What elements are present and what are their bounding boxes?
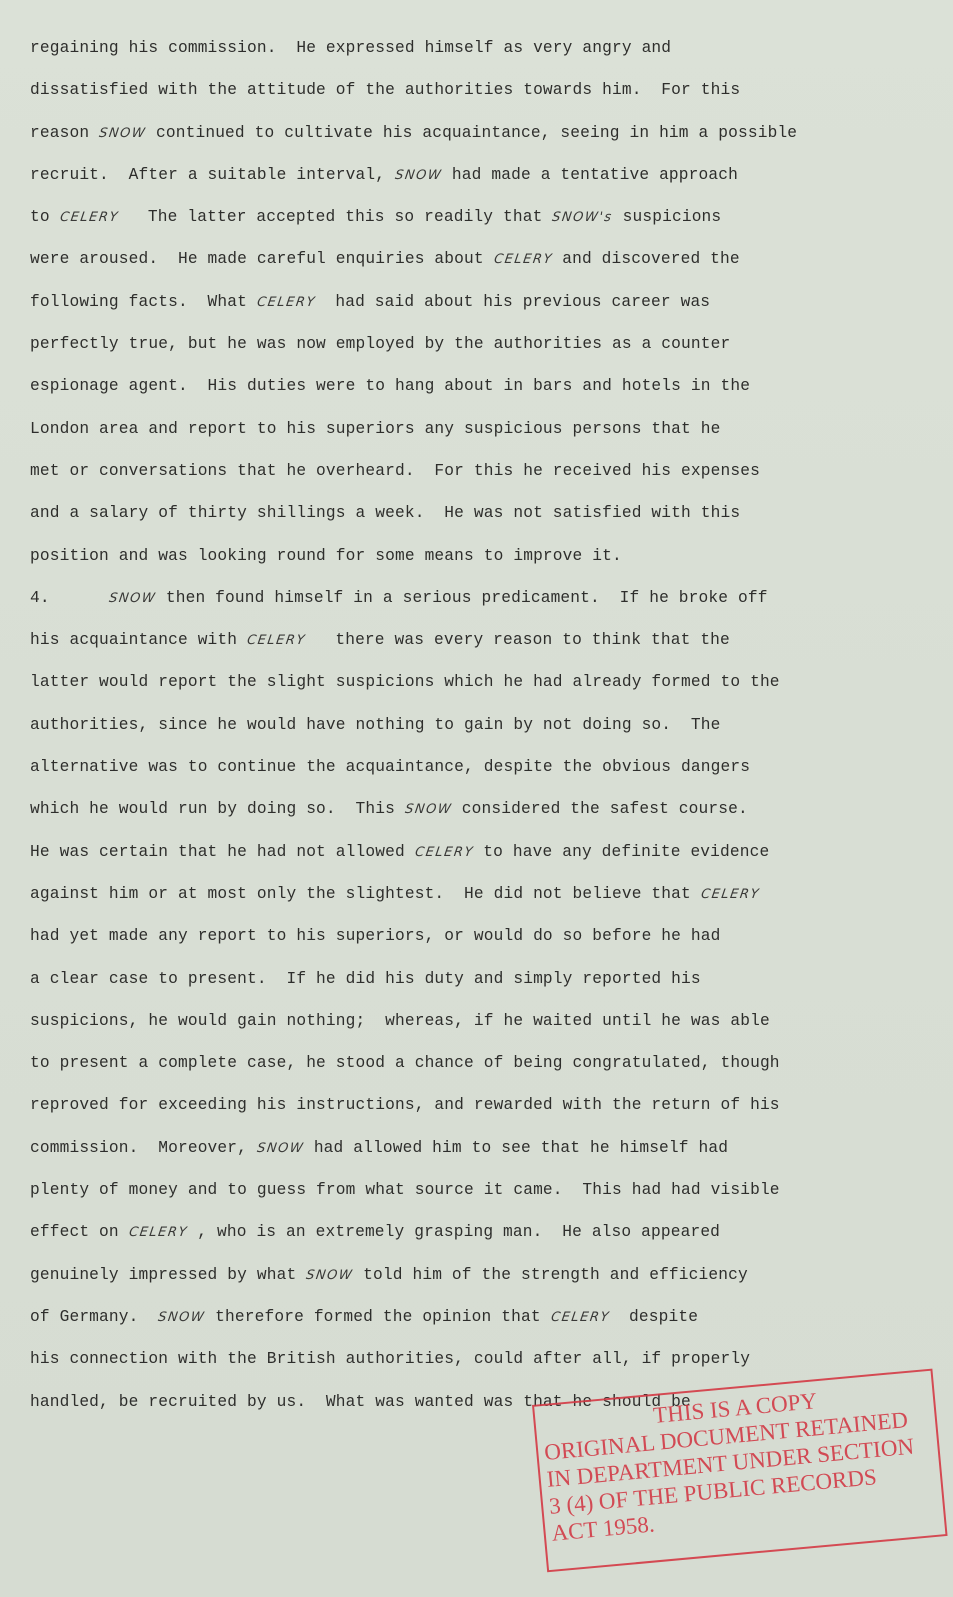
typed-text: to have any definite evidence [473,843,769,861]
handwritten-codename: CELERY [492,246,555,274]
text-line: espionage agent. His duties were to hang… [30,372,930,414]
typed-text: reason [30,124,99,142]
text-line: had yet made any report to his superiors… [30,922,930,964]
text-line: 4. SNOW then found himself in a serious … [30,584,930,626]
handwritten-codename: CELERY [245,627,308,655]
handwritten-codename: SNOW [403,796,454,824]
text-line: to CELERY The latter accepted this so re… [30,203,930,245]
text-line: latter would report the slight suspicion… [30,668,930,710]
typed-text: commission. Moreover, [30,1139,257,1157]
text-line: against him or at most only the slightes… [30,880,930,922]
typed-text: effect on [30,1223,129,1241]
handwritten-codename: CELERY [127,1219,190,1247]
text-line: authorities, since he would have nothing… [30,711,930,753]
text-line: suspicions, he would gain nothing; where… [30,1007,930,1049]
typed-text: against him or at most only the slightes… [30,885,701,903]
typed-text: London area and report to his superiors … [30,420,721,438]
handwritten-codename: CELERY [549,1304,612,1332]
typed-text: authorities, since he would have nothing… [30,716,721,734]
typed-text: The latter accepted this so readily that [118,208,552,226]
typed-text: 4. [30,589,109,607]
typed-text: were aroused. He made careful enquiries … [30,250,494,268]
typed-text: a clear case to present. If he did his d… [30,970,701,988]
typed-text: to present a complete case, he stood a c… [30,1054,780,1072]
typed-text: of Germany. [30,1308,158,1326]
typed-text: , who is an extremely grasping man. He a… [187,1223,720,1241]
handwritten-codename: CELERY [699,881,762,909]
text-line: to present a complete case, he stood a c… [30,1049,930,1091]
typed-text: genuinely impressed by what [30,1266,306,1284]
typed-text: suspicions, he would gain nothing; where… [30,1012,770,1030]
typed-text: had yet made any report to his superiors… [30,927,721,945]
handwritten-codename: SNOW [255,1135,306,1163]
handwritten-codename: SNOW [304,1262,355,1290]
handwritten-codename: SNOW [107,585,158,613]
text-line: following facts. What CELERY had said ab… [30,288,930,330]
text-line: his acquaintance with CELERY there was e… [30,626,930,668]
typed-text: there was every reason to think that the [306,631,730,649]
typed-text: his connection with the British authorit… [30,1350,750,1368]
text-line: London area and report to his superiors … [30,415,930,457]
typed-text: suspicions [613,208,722,226]
handwritten-codename: SNOW's [550,204,614,232]
text-line: commission. Moreover, SNOW had allowed h… [30,1134,930,1176]
text-line: position and was looking round for some … [30,542,930,584]
handwritten-codename: CELERY [255,289,318,317]
text-line: a clear case to present. If he did his d… [30,965,930,1007]
typed-text: reproved for exceeding his instructions,… [30,1096,780,1114]
typed-text: regaining his commission. He expressed h… [30,39,671,57]
typed-text: then found himself in a serious predicam… [156,589,768,607]
text-line: reproved for exceeding his instructions,… [30,1091,930,1133]
typewritten-body: regaining his commission. He expressed h… [30,34,930,1430]
text-line: genuinely impressed by what SNOW told hi… [30,1261,930,1303]
typed-text: espionage agent. His duties were to hang… [30,377,750,395]
typed-text: following facts. What [30,293,257,311]
handwritten-codename: SNOW [156,1304,207,1332]
handwritten-codename: CELERY [413,839,476,867]
typed-text: recruit. After a suitable interval, [30,166,395,184]
typed-text: which he would run by doing so. This [30,800,405,818]
typed-text: and a salary of thirty shillings a week.… [30,504,740,522]
typed-text: therefore formed the opinion that [205,1308,550,1326]
document-page: regaining his commission. He expressed h… [0,0,953,1597]
typed-text: had made a tentative approach [442,166,738,184]
text-line: effect on CELERY , who is an extremely g… [30,1218,930,1260]
typed-text: despite [609,1308,698,1326]
typed-text: told him of the strength and efficiency [353,1266,748,1284]
typed-text: perfectly true, but he was now employed … [30,335,730,353]
typed-text: latter would report the slight suspicion… [30,673,780,691]
typed-text: met or conversations that he overheard. … [30,462,760,480]
text-line: reason SNOW continued to cultivate his a… [30,119,930,161]
typed-text: considered the safest course. [452,800,748,818]
handwritten-codename: CELERY [58,204,121,232]
text-line: were aroused. He made careful enquiries … [30,245,930,287]
typed-text: plenty of money and to guess from what s… [30,1181,780,1199]
text-line: of Germany. SNOW therefore formed the op… [30,1303,930,1345]
typed-text: He was certain that he had not allowed [30,843,415,861]
typed-text: alternative was to continue the acquaint… [30,758,750,776]
text-line: plenty of money and to guess from what s… [30,1176,930,1218]
handwritten-codename: SNOW [97,120,148,148]
text-line: regaining his commission. He expressed h… [30,34,930,76]
text-line: which he would run by doing so. This SNO… [30,795,930,837]
text-line: dissatisfied with the attitude of the au… [30,76,930,118]
copy-stamp: THIS IS A COPY ORIGINAL DOCUMENT RETAINE… [532,1369,948,1573]
typed-text: position and was looking round for some … [30,547,622,565]
typed-text: to [30,208,60,226]
text-line: met or conversations that he overheard. … [30,457,930,499]
typed-text: had allowed him to see that he himself h… [304,1139,728,1157]
typed-text: had said about his previous career was [316,293,711,311]
typed-text: dissatisfied with the attitude of the au… [30,81,740,99]
typed-text: his acquaintance with [30,631,247,649]
text-line: He was certain that he had not allowed C… [30,838,930,880]
text-line: alternative was to continue the acquaint… [30,753,930,795]
typed-text: and discovered the [552,250,739,268]
typed-text: continued to cultivate his acquaintance,… [146,124,797,142]
text-line: and a salary of thirty shillings a week.… [30,499,930,541]
text-line: recruit. After a suitable interval, SNOW… [30,161,930,203]
handwritten-codename: SNOW [393,162,444,190]
text-line: perfectly true, but he was now employed … [30,330,930,372]
